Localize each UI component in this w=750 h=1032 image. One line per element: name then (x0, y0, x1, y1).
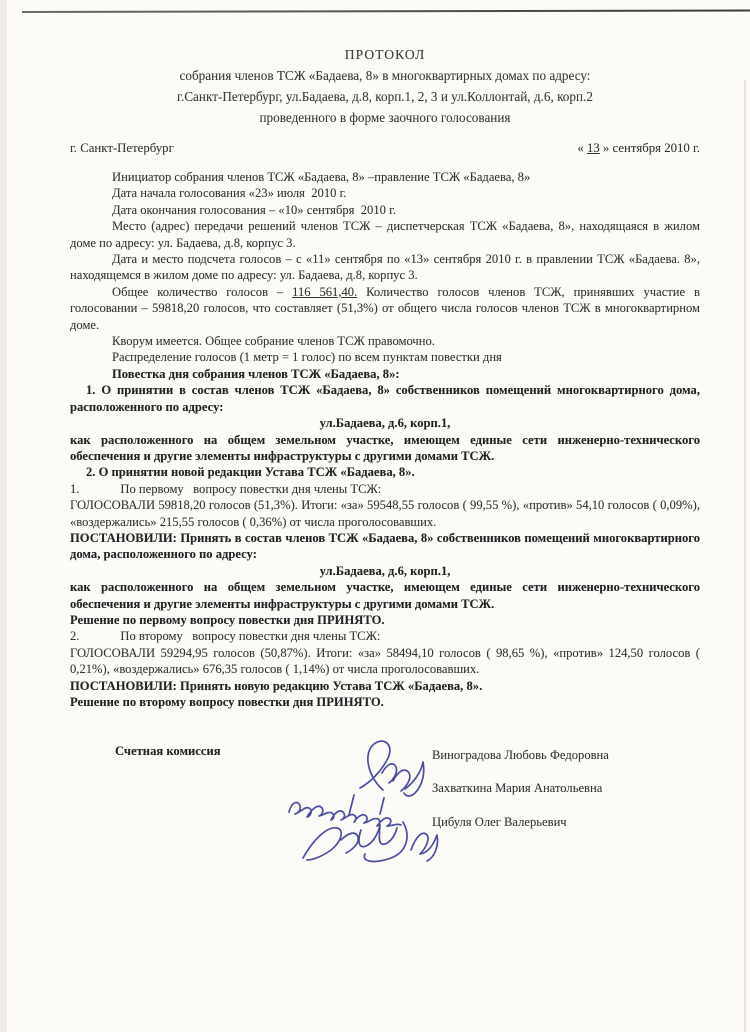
paragraph: Повестка дня собрания членов ТСЖ «Бадаев… (70, 366, 700, 382)
text-run: как расположенного на общем земельном уч… (70, 580, 700, 610)
text-run: Инициатор собрания членов ТСЖ «Бадаева, … (112, 170, 530, 184)
date-open-quote: « (577, 141, 587, 155)
paragraph: ГОЛОСОВАЛИ 59294,95 голосов (50,87%). Ит… (70, 645, 700, 678)
paragraph: Инициатор собрания членов ТСЖ «Бадаева, … (70, 169, 700, 185)
signer-name: Захваткина Мария Анатольевна (432, 772, 700, 806)
paragraph: Решение по второму вопросу повестки дня … (70, 694, 700, 710)
text-run: Общее количество голосов – (112, 285, 292, 299)
signer-name: Виноградова Любовь Федоровна (432, 738, 700, 772)
paragraph: Кворум имеется. Общее собрание членов ТС… (70, 333, 700, 349)
document-body: Инициатор собрания членов ТСЖ «Бадаева, … (70, 169, 700, 710)
paragraph: Общее количество голосов – 116 561,40. К… (70, 284, 700, 333)
paragraph: ПОСТАНОВИЛИ: Принять новую редакцию Уста… (70, 678, 700, 694)
text-run: 1. О принятии в состав членов ТСЖ «Бадае… (70, 383, 700, 413)
paragraph: Дата и место подсчета голосов – с «11» с… (70, 251, 700, 284)
text-run: 2. По второму вопросу повестки дня члены… (70, 629, 380, 643)
document-title: ПРОТОКОЛ (70, 44, 700, 65)
text-run: Распределение голосов (1 метр = 1 голос)… (112, 350, 502, 364)
date-day: 13 (587, 141, 600, 155)
paragraph: Распределение голосов (1 метр = 1 голос)… (70, 349, 700, 365)
paragraph: Дата начала голосования «23» июля 2010 г… (70, 185, 700, 201)
meta-row: г. Санкт-Петербург « 13 » сентября 2010 … (70, 141, 700, 156)
text-run: ул.Бадаева, д.6, корп.1, (320, 564, 451, 578)
text-run: Место (адрес) передачи решений членов ТС… (70, 219, 700, 249)
signature-zakhvatkina-ink (289, 795, 401, 826)
paragraph: 1. О принятии в состав членов ТСЖ «Бадае… (70, 382, 700, 415)
paragraph: 2. По второму вопросу повестки дня члены… (70, 628, 700, 644)
document-header: ПРОТОКОЛ собрания членов ТСЖ «Бадаева, 8… (70, 44, 700, 128)
text-run: Кворум имеется. Общее собрание членов ТС… (112, 334, 435, 348)
text-run: ПОСТАНОВИЛИ: Принять новую редакцию Уста… (70, 679, 482, 693)
text-run: Решение по первому вопросу повестки дня … (70, 613, 385, 627)
text-run: ГОЛОСОВАЛИ 59818,20 голосов (51,3%). Ито… (70, 498, 700, 528)
signer-name: Цибуля Олег Валерьевич (432, 806, 700, 840)
signer-names: Виноградова Любовь ФедоровнаЗахваткина М… (432, 736, 700, 839)
paragraph: ул.Бадаева, д.6, корп.1, (70, 563, 700, 579)
paragraph: ул.Бадаева, д.6, корп.1, (70, 415, 700, 431)
text-run: как расположенного на общем земельном уч… (70, 433, 700, 463)
text-run: Повестка дня собрания членов ТСЖ «Бадаев… (112, 367, 400, 381)
scan-edge-right (744, 80, 746, 1032)
text-run: 1. По первому вопросу повестки дня члены… (70, 482, 381, 496)
paragraph: Решение по первому вопросу повестки дня … (70, 612, 700, 628)
scan-edge-top (22, 9, 750, 13)
text-run: ГОЛОСОВАЛИ 59294,95 голосов (50,87%). Ит… (70, 646, 700, 676)
document-subtitle-line: проведенного в форме заочного голосовани… (70, 107, 700, 128)
paragraph: как расположенного на общем земельном уч… (70, 432, 700, 465)
document-subtitle-line: собрания членов ТСЖ «Бадаева, 8» в много… (70, 65, 700, 86)
text-run: ПОСТАНОВИЛИ: Принять в состав членов ТСЖ… (70, 531, 700, 561)
handwritten-signatures (283, 734, 458, 874)
place-label: г. Санкт-Петербург (70, 141, 174, 156)
underlined-value: 116 561,40. (292, 285, 357, 299)
paragraph: Дата окончания голосования – «10» сентяб… (70, 202, 700, 218)
date-label: « 13 » сентября 2010 г. (577, 141, 700, 156)
text-run: Дата окончания голосования – «10» сентяб… (112, 203, 396, 217)
paragraph: 1. По первому вопросу повестки дня члены… (70, 481, 700, 497)
counting-commission-label: Счетная комиссия (115, 744, 221, 759)
text-run: Решение по второму вопросу повестки дня … (70, 695, 384, 709)
document-subtitle-line: г.Санкт-Петербург, ул.Бадаева, д.8, корп… (70, 86, 700, 107)
signature-vinogradova-ink (360, 741, 424, 796)
paragraph: ПОСТАНОВИЛИ: Принять в состав членов ТСЖ… (70, 530, 700, 563)
text-run: Дата и место подсчета голосов – с «11» с… (70, 252, 700, 282)
paragraph: ГОЛОСОВАЛИ 59818,20 голосов (51,3%). Ито… (70, 497, 700, 530)
scan-edge-left (0, 0, 7, 1032)
text-run: ул.Бадаева, д.6, корп.1, (320, 416, 451, 430)
text-run: 2. О принятии новой редакции Устава ТСЖ … (86, 465, 415, 479)
paragraph: как расположенного на общем земельном уч… (70, 579, 700, 612)
signature-tsibulya-ink (303, 822, 438, 861)
date-suffix: » сентября 2010 г. (600, 141, 700, 155)
paragraph: Место (адрес) передачи решений членов ТС… (70, 218, 700, 251)
text-run: Дата начала голосования «23» июля 2010 г… (112, 186, 346, 200)
scanned-document-page: ПРОТОКОЛ собрания членов ТСЖ «Бадаева, 8… (0, 0, 750, 1032)
paragraph: 2. О принятии новой редакции Устава ТСЖ … (70, 464, 700, 480)
